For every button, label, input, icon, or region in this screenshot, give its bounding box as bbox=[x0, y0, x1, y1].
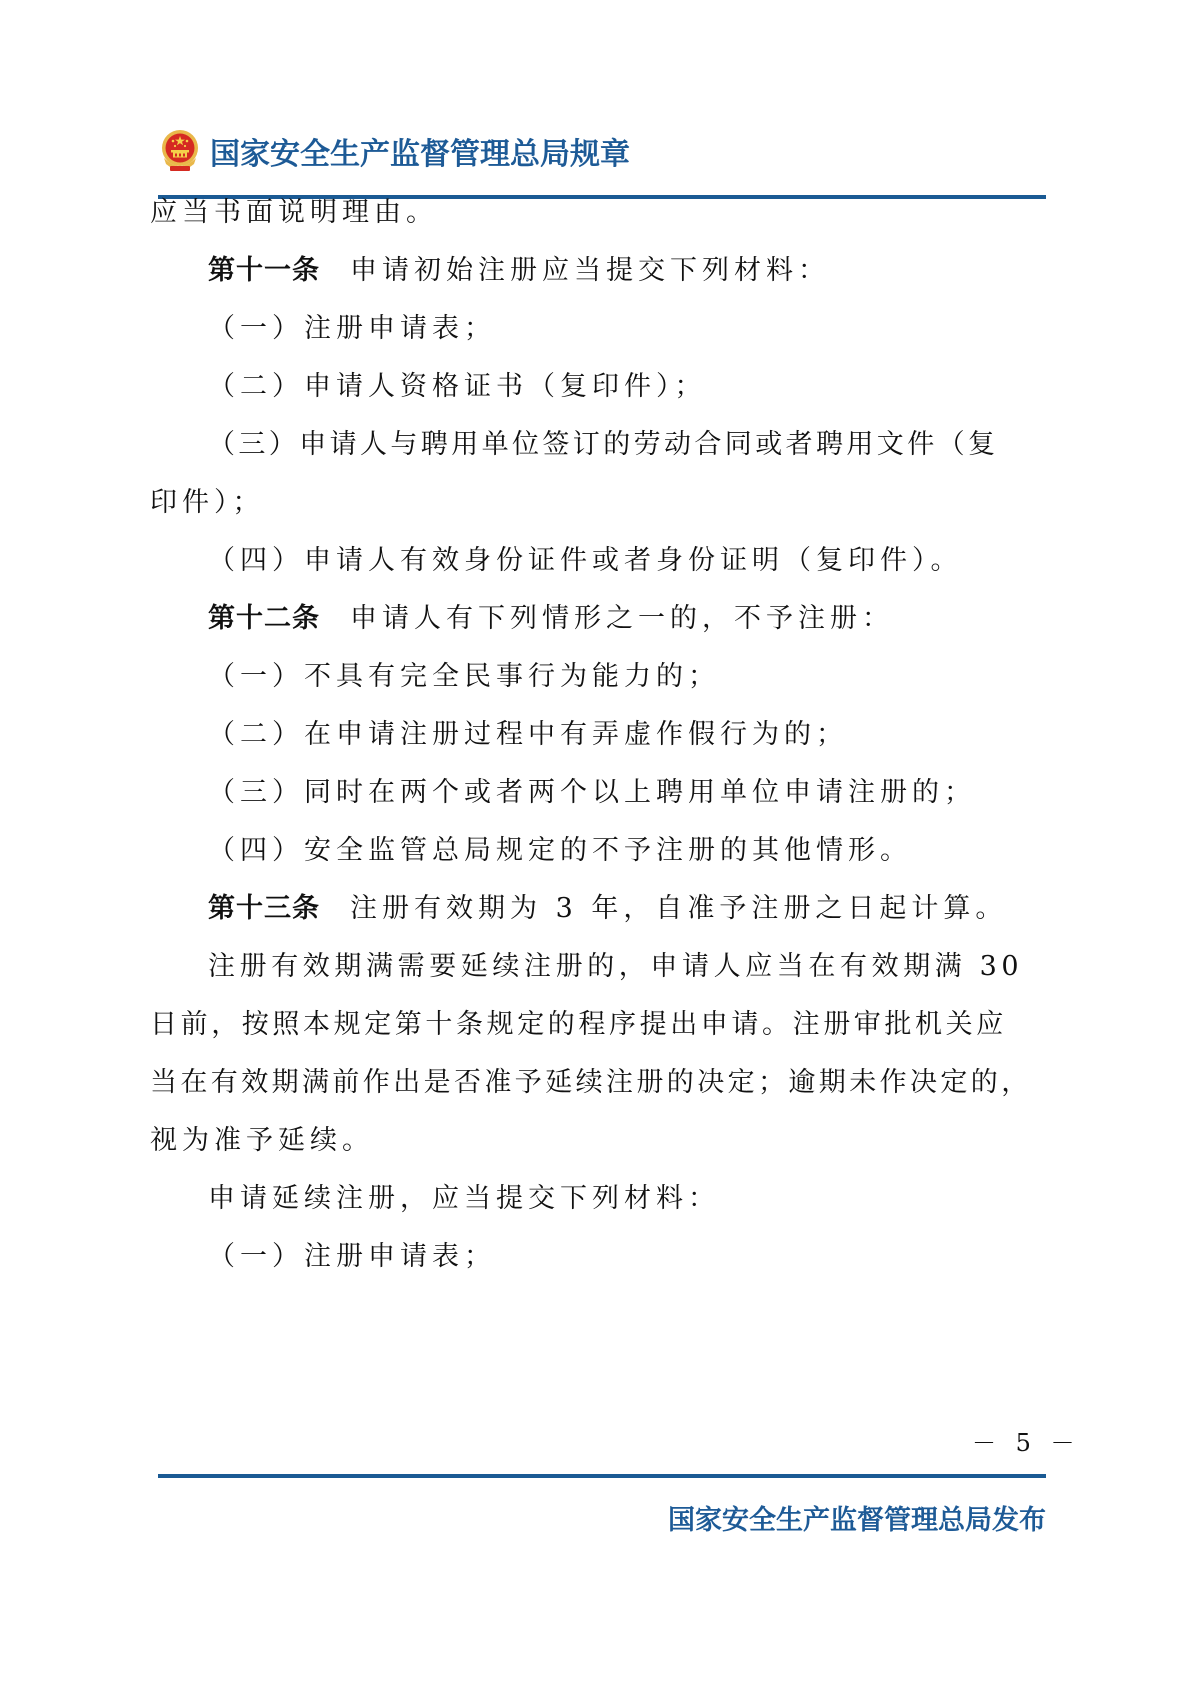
footer-publisher: 国家安全生产监督管理总局发布 bbox=[668, 1498, 1046, 1537]
article-12-text: 申请人有下列情形之一的，不予注册： bbox=[350, 603, 894, 634]
footer-divider bbox=[158, 1474, 1046, 1478]
continuation-text: 应当书面说明理由。 bbox=[150, 196, 438, 230]
article-13-text: 注册有效期为 3 年，自准予注册之日起计算。 bbox=[350, 893, 1007, 924]
list-item: （一）不具有完全民事行为能力的； bbox=[208, 660, 720, 694]
paragraph-line: 当在有效期满前作出是否准予延续注册的决定；逾期未作决定的， bbox=[150, 1066, 1032, 1100]
list-item: （四）申请人有效身份证件或者身份证明（复印件）。 bbox=[208, 544, 963, 578]
list-item-continuation: 印件）； bbox=[150, 486, 265, 520]
header-title: 国家安全生产监督管理总局规章 bbox=[210, 129, 630, 173]
article-11-text: 申请初始注册应当提交下列材料： bbox=[350, 255, 830, 286]
list-item: （三）同时在两个或者两个以上聘用单位申请注册的； bbox=[208, 776, 976, 810]
list-item: （一）注册申请表； bbox=[208, 312, 496, 346]
article-11-heading: 第十一条 bbox=[208, 255, 320, 286]
article-12: 第十二条申请人有下列情形之一的，不予注册： bbox=[208, 602, 894, 636]
page-number: － 5 － bbox=[972, 1423, 1081, 1458]
paragraph-line: 申请延续注册，应当提交下列材料： bbox=[208, 1182, 720, 1216]
list-item: （二）申请人资格证书（复印件）； bbox=[208, 370, 707, 404]
page-header: 国家安全生产监督管理总局规章 bbox=[158, 126, 630, 176]
list-item: （一）注册申请表； bbox=[208, 1240, 496, 1274]
article-13-heading: 第十三条 bbox=[208, 893, 320, 924]
paragraph-line: 视为准予延续。 bbox=[150, 1124, 374, 1158]
list-item: （三）申请人与聘用单位签订的劳动合同或者聘用文件（复 bbox=[208, 428, 998, 462]
national-emblem-icon bbox=[158, 128, 202, 174]
list-item: （四）安全监管总局规定的不予注册的其他情形。 bbox=[208, 834, 912, 868]
paragraph-line: 日前，按照本规定第十条规定的程序提出申请。注册审批机关应 bbox=[150, 1008, 1007, 1042]
article-11: 第十一条申请初始注册应当提交下列材料： bbox=[208, 254, 830, 288]
article-13: 第十三条注册有效期为 3 年，自准予注册之日起计算。 bbox=[208, 892, 1007, 926]
article-12-heading: 第十二条 bbox=[208, 603, 320, 634]
paragraph-line: 注册有效期满需要延续注册的，申请人应当在有效期满 30 bbox=[208, 950, 1023, 984]
list-item: （二）在申请注册过程中有弄虚作假行为的； bbox=[208, 718, 848, 752]
